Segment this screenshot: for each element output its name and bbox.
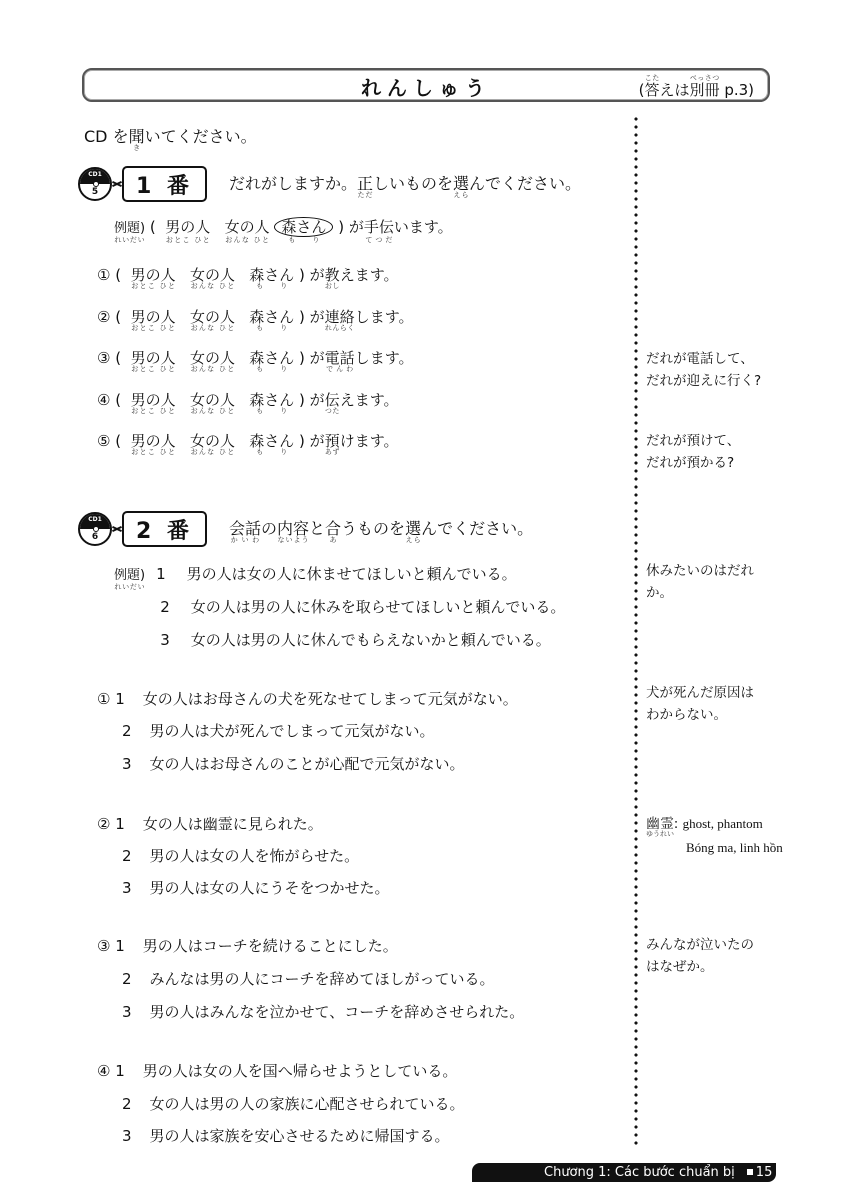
example-choice: 2 女の人は男の人に休みを取らせてほしいと頼んでいる。 bbox=[154, 596, 565, 617]
column-divider bbox=[634, 115, 638, 1147]
example-choice: 3 女の人は男の人に休んでもらえないかと頼んでいる。 bbox=[154, 629, 551, 650]
choice-row: 2男の人は女の人を怖がらせた。 bbox=[122, 845, 359, 866]
text: えは bbox=[660, 81, 690, 99]
side-note: 休みたいのはだれか。 bbox=[646, 560, 754, 604]
choice-row: 3女の人はお母さんのことが心配で元気がない。 bbox=[122, 753, 465, 774]
example-choice: 例題)れいだい 1 男の人は女の人に休ませてほしいと頼んでいる。 bbox=[114, 563, 517, 590]
page-footer: Chương 1: Các bước chuẩn bị15 bbox=[472, 1163, 776, 1182]
page-number: 15 bbox=[756, 1165, 773, 1180]
list-item: ① ( 男の人おとこ ひと 女の人おんな ひと 森さんもり ) が教おしえます。 bbox=[97, 264, 399, 290]
cd-track-icon: CD1 5 bbox=[78, 167, 112, 201]
question-number: 1 番 bbox=[122, 166, 207, 202]
choice-row: 3男の人はみんなを泣かせて、コーチを辞めさせられた。 bbox=[122, 1001, 524, 1022]
ruby-kotae: 答こた bbox=[645, 81, 660, 99]
choice-row: ① 1女の人はお母さんの犬を死なせてしまって元気がない。 bbox=[97, 688, 518, 709]
chapter-label: Chương 1: Các bước chuẩn bị bbox=[544, 1165, 735, 1180]
choice-row: 2女の人は男の人の家族に心配させられている。 bbox=[122, 1093, 465, 1114]
question-2-header: CD1 6 2 番 会話かいわの内容ないようと合あうものを選えらんでください。 bbox=[78, 509, 533, 549]
list-item: ⑤ ( 男の人おとこ ひと 女の人おんな ひと 森さんもり ) が預あずけます。 bbox=[97, 430, 399, 456]
answer-reference: (答こたえは別冊べっさつ p.3) bbox=[639, 74, 754, 100]
side-note: だれが預けて、だれが預かる? bbox=[646, 430, 740, 474]
choice-row: 2男の人は犬が死んでしまって元気がない。 bbox=[122, 720, 435, 741]
choice-row: ② 1女の人は幽霊に見られた。 bbox=[97, 813, 323, 834]
speech-pointer-icon bbox=[112, 177, 122, 191]
side-note: だれが電話して、だれが迎えに行く? bbox=[646, 348, 761, 392]
ruby-bessatsu: 別冊べっさつ bbox=[690, 81, 720, 99]
choice-row: 3男の人は女の人にうそをつかせた。 bbox=[122, 877, 390, 898]
bullet-square-icon bbox=[747, 1169, 753, 1175]
choice-row: 3男の人は家族を安心させるために帰国する。 bbox=[122, 1125, 450, 1146]
choice-row: ④ 1男の人は女の人を国へ帰らせようとしている。 bbox=[97, 1060, 457, 1081]
question-instruction: 会話かいわの内容ないようと合あうものを選えらんでください。 bbox=[229, 516, 533, 543]
vocab-note: 幽霊ゆうれい: ghost, phantom Bóng ma, linh hồn bbox=[646, 813, 783, 859]
listen-instruction: CD を聞きいてください。 bbox=[84, 124, 257, 151]
list-item: ③ ( 男の人おとこ ひと 女の人おんな ひと 森さんもり ) が電話でんわしま… bbox=[97, 347, 414, 373]
example-row: 例題)れいだい ( 男の人おとこ ひと 女の人おんな ひと 森さんもり ) が手… bbox=[114, 216, 453, 244]
list-item: ④ ( 男の人おとこ ひと 女の人おんな ひと 森さんもり ) が伝つたえます。 bbox=[97, 389, 399, 415]
speech-pointer-icon bbox=[112, 522, 122, 536]
question-number: 2 番 bbox=[122, 511, 207, 547]
question-1-header: CD1 5 1 番 だれがしますか。正ただしいものを選えらんでください。 bbox=[78, 164, 581, 204]
choice-row: ③ 1男の人はコーチを続けることにした。 bbox=[97, 935, 398, 956]
circled-answer: 森さんもり bbox=[274, 217, 333, 237]
list-item: ② ( 男の人おとこ ひと 女の人おんな ひと 森さんもり ) が連絡れんらくし… bbox=[97, 306, 414, 332]
side-note: 犬が死んだ原因はわからない。 bbox=[646, 682, 754, 726]
section-header: れんしゅう (答こたえは別冊べっさつ p.3) bbox=[82, 68, 770, 102]
question-instruction: だれがしますか。正ただしいものを選えらんでください。 bbox=[229, 171, 581, 198]
cd-track-icon: CD1 6 bbox=[78, 512, 112, 546]
choice-row: 2みんなは男の人にコーチを辞めてほしがっている。 bbox=[122, 968, 495, 989]
side-note: みんなが泣いたのはなぜか。 bbox=[646, 934, 754, 978]
page-ref: p.3) bbox=[720, 81, 754, 99]
